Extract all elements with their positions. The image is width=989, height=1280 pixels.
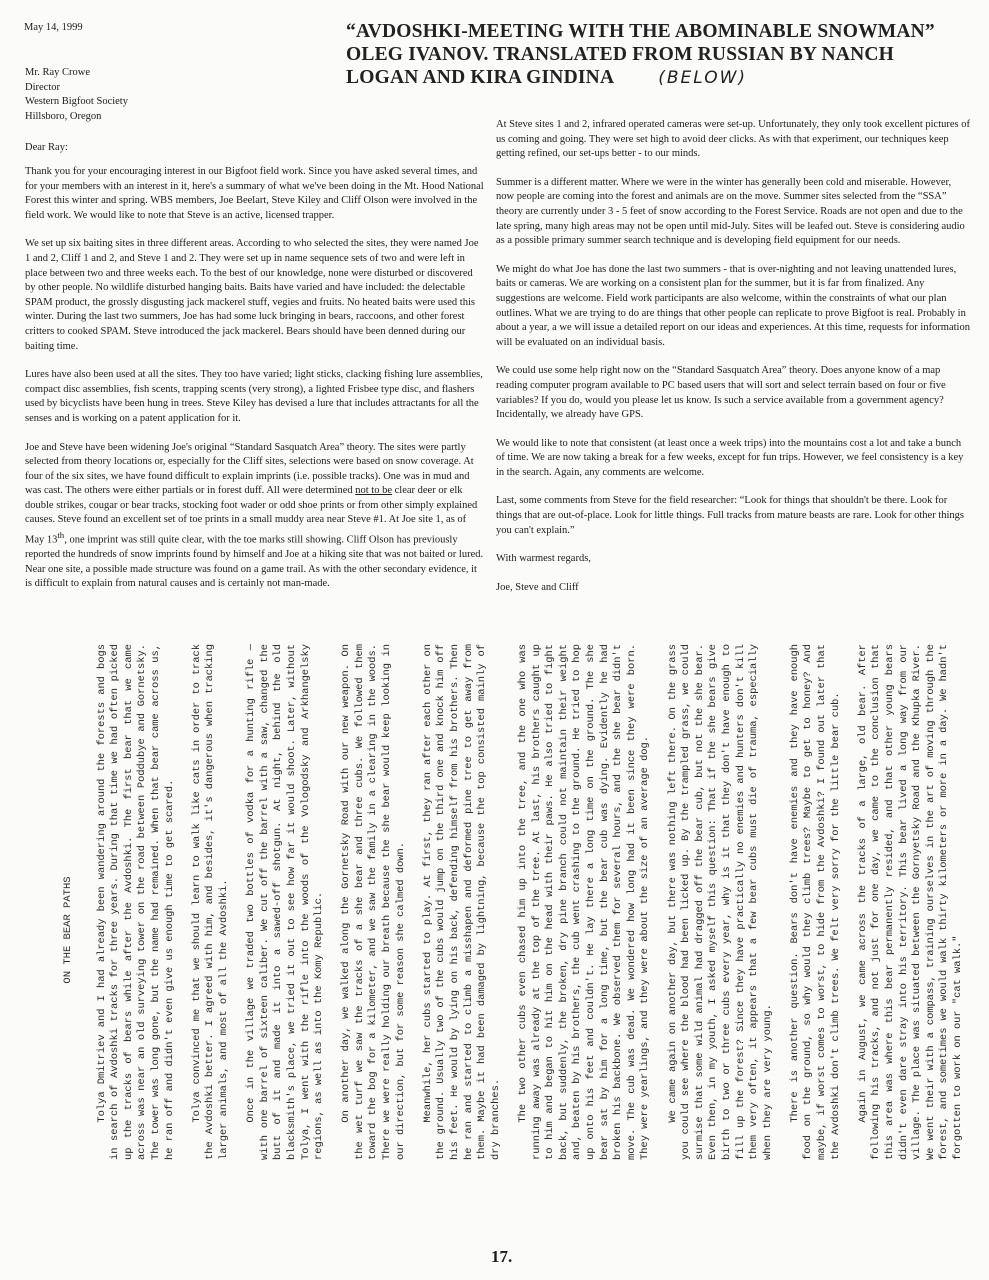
translated-article: ON THE BEAR PATHS Tolya Dmitriev and I h…	[18, 630, 973, 1230]
letter-signature: Joe, Steve and Cliff	[496, 581, 971, 596]
title-line-3: LOGAN AND KIRA GINDINA(BELOW)	[346, 66, 986, 90]
underlined-text: not to be	[355, 485, 392, 496]
recipient-address: Mr. Ray Crowe Director Western Bigfoot S…	[25, 66, 128, 124]
letter-paragraph-tracks: Joe and Steve have been widening Joe's o…	[25, 441, 485, 592]
letter-paragraph: We would like to note that consistent (a…	[496, 437, 971, 481]
text-run: , one imprint was still quite clear, wit…	[25, 535, 483, 590]
article-heading: ON THE BEAR PATHS	[62, 630, 76, 1230]
letter-column-left: Thank you for your encouraging interest …	[25, 165, 485, 606]
article-paragraph: We came again on another day, but there …	[667, 630, 776, 1230]
letter-paragraph: Last, some comments from Steve for the f…	[496, 494, 971, 538]
article-paragraph: On another day, we walked along the Gorn…	[340, 630, 408, 1230]
letter-paragraph: Summer is a different matter. Where we w…	[496, 176, 971, 249]
handwritten-note: (BELOW)	[658, 68, 747, 88]
letter-paragraph: At Steve sites 1 and 2, infrared operate…	[496, 118, 971, 162]
letter-paragraph: We could use some help right now on the …	[496, 364, 971, 422]
article-paragraph: Tolya Dmitriev and I had already been wa…	[96, 630, 178, 1230]
letter-closing: With warmest regards,	[496, 552, 971, 567]
letter-column-right: At Steve sites 1 and 2, infrared operate…	[496, 118, 971, 609]
article-paragraph: Tolya convinced me that we should learn …	[191, 630, 232, 1230]
article-paragraph: Meanwhile, her cubs started to play. At …	[422, 630, 504, 1230]
page-number: 17.	[491, 1247, 512, 1267]
letter-paragraph: Thank you for your encouraging interest …	[25, 165, 485, 223]
article-paragraph: Again in August, we came across the trac…	[857, 630, 966, 1230]
salutation: Dear Ray:	[25, 142, 68, 153]
letter-paragraph: We might do what Joe has done the last t…	[496, 263, 971, 351]
letter-date: May 14, 1999	[24, 22, 83, 33]
article-paragraph: The two other cubs even chased him up in…	[517, 630, 653, 1230]
address-line: Mr. Ray Crowe	[25, 66, 128, 81]
title-line-2: OLEG IVANOV. TRANSLATED FROM RUSSIAN BY …	[346, 43, 986, 66]
address-line: Director	[25, 81, 128, 96]
article-paragraph: There is another question. Bears don't h…	[789, 630, 843, 1230]
letter-paragraph: Lures have also been used at all the sit…	[25, 368, 485, 426]
document-page: May 14, 1999 “AVDOSHKI-MEETING WITH THE …	[0, 0, 989, 1280]
rotated-article-region: ON THE BEAR PATHS Tolya Dmitriev and I h…	[18, 630, 973, 1230]
address-line: Western Bigfoot Society	[25, 95, 128, 110]
article-paragraph: Once in the village we traded two bottle…	[245, 630, 327, 1230]
article-title: “AVDOSHKI-MEETING WITH THE ABOMINABLE SN…	[346, 20, 986, 90]
address-line: Hillsboro, Oregon	[25, 110, 128, 125]
title-line-1: “AVDOSHKI-MEETING WITH THE ABOMINABLE SN…	[346, 20, 986, 43]
title-line-3-text: LOGAN AND KIRA GINDINA	[346, 67, 614, 88]
letter-paragraph: We set up six baiting sites in three dif…	[25, 237, 485, 354]
